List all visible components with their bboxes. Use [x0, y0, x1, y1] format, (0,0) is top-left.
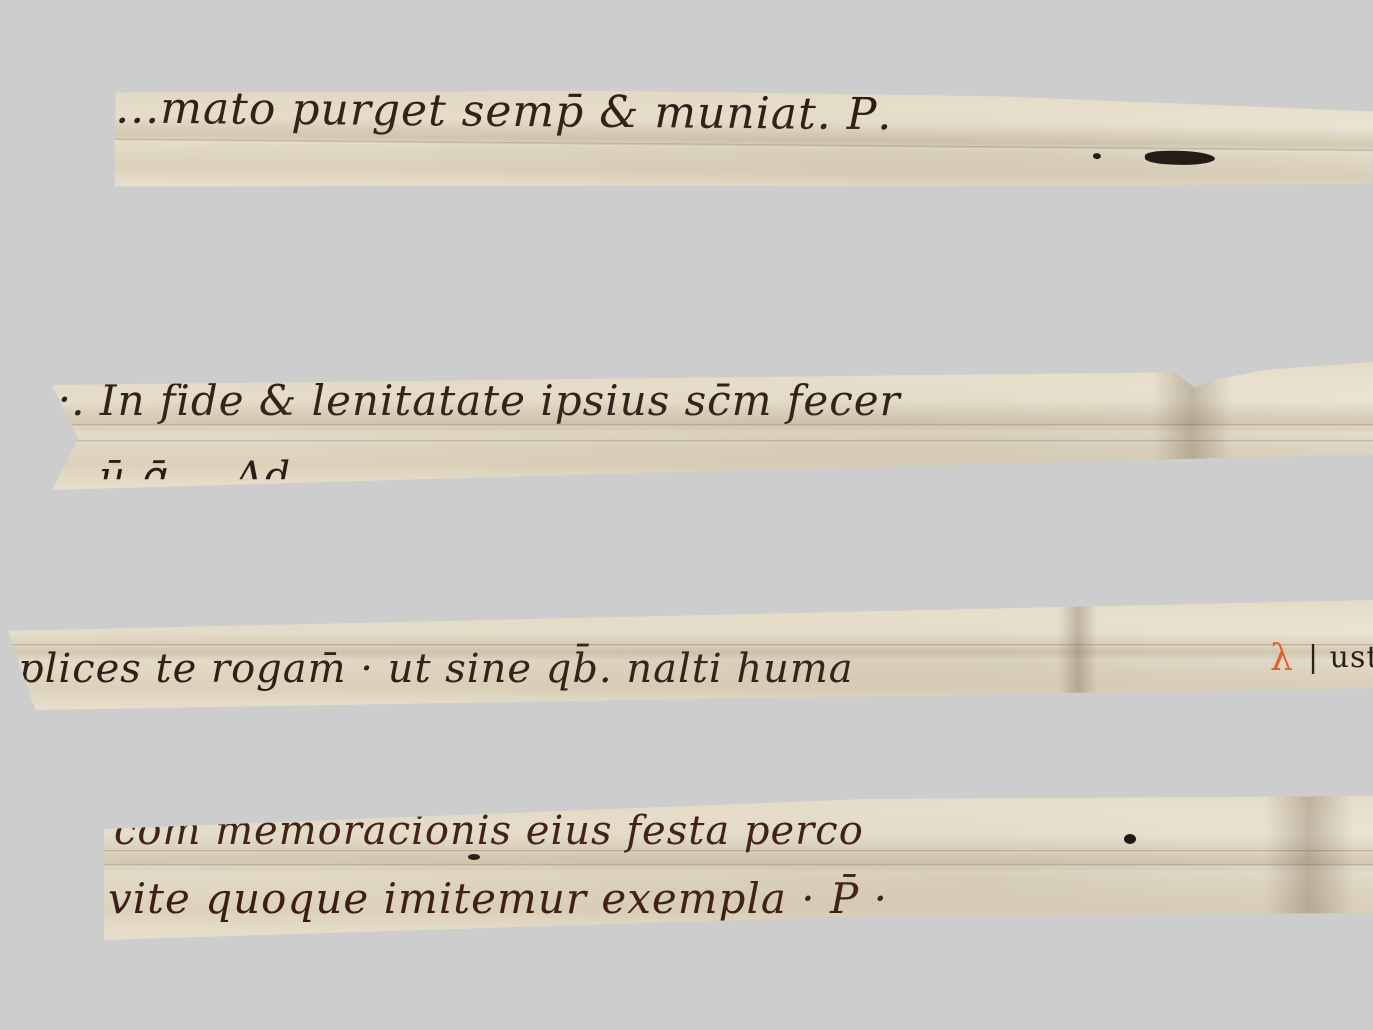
small-hole: [468, 854, 480, 860]
manuscript-line-1: ...mato purget semp̄ & muniat. P̄.: [115, 87, 892, 141]
small-hole: [1124, 834, 1136, 844]
manuscript-line-1: com memoracionis eius festa perco: [114, 808, 864, 854]
marginal-text: | usti...: [1308, 640, 1373, 675]
rubric-initial: λ: [1270, 638, 1294, 679]
manuscript-line-2: vite quoque imitemur exempla · P̄ ·: [108, 874, 888, 923]
manuscript-line-1-cut: ...c... animatis, solatia ...: [48, 600, 498, 618]
fold-crease: [104, 864, 1373, 867]
small-hole: [1093, 153, 1101, 159]
stain: [1152, 362, 1232, 490]
stain: [1058, 600, 1098, 710]
manuscript-line-2: plices te rogam̄ · ut sine qb̄. nalti hu…: [18, 646, 854, 692]
parchment-strip-2: :. In fide & lenitatate ipsius sc̄m fece…: [52, 362, 1373, 490]
manuscript-line-2-cut: ...ū ꝗ̄ ... Ad ...: [58, 454, 346, 490]
stain: [1264, 790, 1354, 940]
parchment-strip-3: ...c... animatis, solatia ... plices te …: [8, 600, 1373, 710]
tear-hole: [1145, 150, 1215, 165]
parchment-strip-4: com memoracionis eius festa perco vite q…: [104, 790, 1373, 940]
parchment-strip-1: ...mato purget semp̄ & muniat. P̄.: [115, 87, 1373, 198]
manuscript-line-1: :. In fide & lenitatate ipsius sc̄m fece…: [56, 376, 901, 425]
